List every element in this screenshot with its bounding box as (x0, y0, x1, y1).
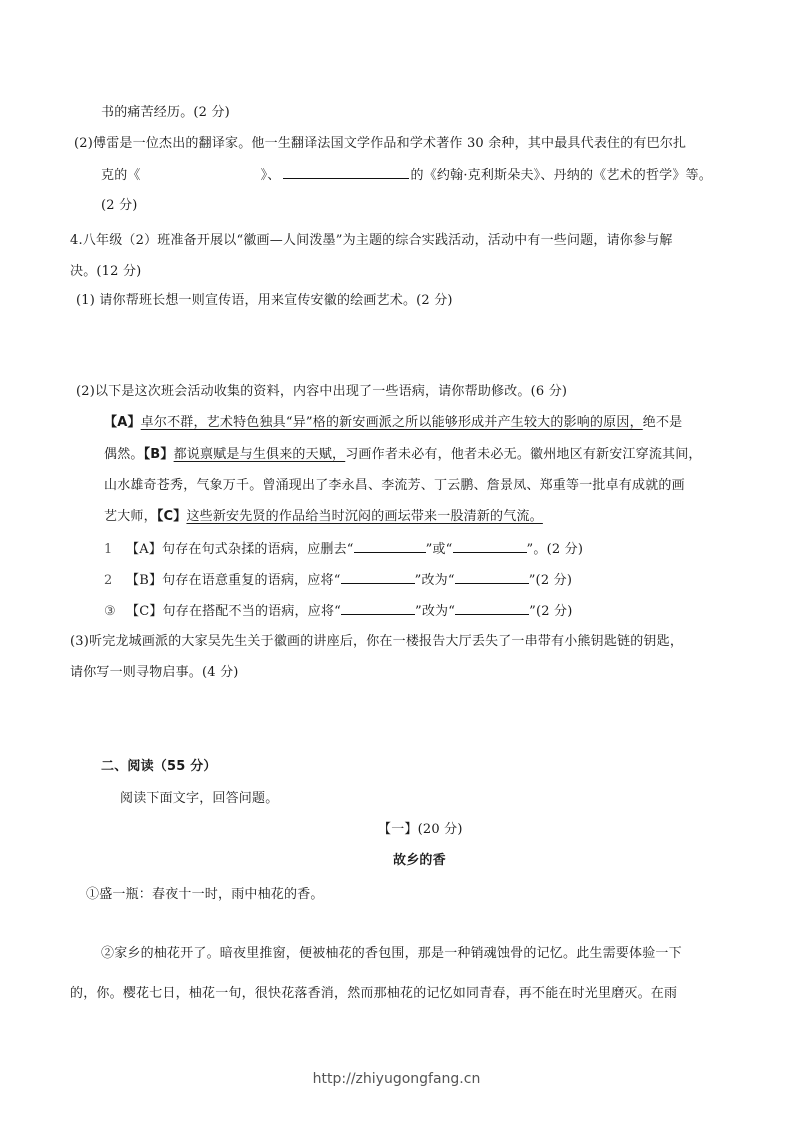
q3-2-line1: (2)傅雷是一位杰出的翻译家。他一生翻译法国文学作品和学术著作 30 余种，其中… (74, 135, 686, 153)
item-score: ”(2 分) (529, 573, 572, 588)
passage-line2: 偶然。【B】都说禀赋是与生俱来的天赋，习画作者未必有，他者未必无。徽州地区有新安… (104, 446, 702, 464)
answer-blank[interactable] (341, 571, 415, 584)
passage-text: 习画作者未必有，他者未必无。徽州地区有新安江穿流其间， (345, 447, 701, 462)
item-number: 2 (104, 572, 126, 590)
fix-item-3: ③【C】句存在搭配不当的语病，应将“”改为“”(2 分) (104, 602, 573, 621)
passage-text: 艺大师， (104, 509, 157, 524)
part-title: 【一】(20 分) (378, 821, 463, 839)
q3-2-text-a: 克的《 (101, 168, 141, 183)
q4-sub2: (2)以下是这次班会活动收集的资料，内容中出现了一些语病，请你帮助修改。(6 分… (76, 383, 567, 401)
passage-text: 偶然。 (104, 447, 144, 462)
item-text: ”改为“ (415, 604, 455, 619)
q4-stem-line1: 4.八年级（2）班准备开展以“徽画—人间泼墨”为主题的综合实践活动，活动中有一些… (70, 232, 673, 250)
paragraph-2-line2: 的，你。樱花七日，柚花一旬，很快花落香消，然而那柚花的记忆如同青春，再不能在时光… (70, 985, 677, 1003)
q4-sub3-line1: (3)听完龙城画派的大家吴先生关于徽画的讲座后，你在一楼报告大厅丢失了一串带有小… (70, 633, 683, 651)
item-number: ③ (104, 603, 126, 621)
sentence-c: 这些新安先贤的作品给当时沉闷的画坛带来一股清新的气流。 (186, 509, 542, 524)
q3-2-text-b: 》、 (261, 168, 281, 183)
fix-item-2: 2【B】句存在语意重复的语病，应将“”改为“”(2 分) (104, 571, 572, 590)
passage-line1: 【A】卓尔不群，艺术特色独具“异”格的新安画派之所以能够形成并产生较大的影响的原… (104, 414, 682, 432)
passage-line4: 艺大师，【C】这些新安先贤的作品给当时沉闷的画坛带来一股清新的气流。 (104, 508, 543, 526)
answer-blank[interactable] (455, 571, 529, 584)
answer-blank[interactable] (341, 602, 415, 615)
q4-stem-line2: 决。(12 分) (70, 263, 141, 281)
sentence-a: 卓尔不群，艺术特色独具“异”格的新安画派之所以能够形成并产生较大的影响的原因， (141, 415, 643, 430)
passage-line3: 山水雄奇苍秀，气象万千。曾涌现出了李永昌、李流芳、丁云鹏、詹景凤、郑重等一批卓有… (104, 477, 685, 495)
q4-sub3-line2: 请你写一则寻物启事。(4 分) (70, 664, 239, 682)
q4-sub1: (1) 请你帮班长想一则宣传语，用来宣传安徽的绘画艺术。(2 分) (76, 292, 453, 310)
sentence-b: 都说禀赋是与生俱来的天赋， (174, 447, 346, 462)
q3-2-line2: 克的《》、的《约翰·克利斯朵夫》、丹纳的《艺术的哲学》等。 (101, 166, 712, 185)
passage-text: 绝不是 (643, 415, 683, 430)
tag-a: 【A】 (104, 415, 141, 430)
item-text: ”改为“ (415, 573, 455, 588)
section-heading: 二、阅读（55 分） (101, 758, 217, 776)
item-text: 【C】句存在搭配不当的语病，应将“ (126, 604, 341, 619)
item-text: ”或“ (426, 542, 453, 557)
fix-item-1: 1【A】句存在句式杂揉的语病，应删去“”或“”。(2 分) (104, 540, 583, 559)
item-text: 【A】句存在句式杂揉的语病，应删去“ (126, 542, 354, 557)
paragraph-2-line1: ②家乡的柚花开了。暗夜里推窗，便被柚花的香包围，那是一种销魂蚀骨的记忆。此生需要… (101, 945, 682, 963)
tag-c: 【C】 (157, 509, 187, 524)
item-number: 1 (104, 541, 126, 559)
item-text: 【B】句存在语意重复的语病，应将“ (126, 573, 341, 588)
answer-blank[interactable] (455, 602, 529, 615)
q3-2-score: (2 分) (101, 197, 138, 215)
author-blank[interactable] (283, 166, 409, 179)
answer-blank[interactable] (453, 540, 527, 553)
reading-instruction: 阅读下面文字，回答问题。 (120, 790, 278, 808)
paragraph-1: ①盛一瓶：春夜十一时，雨中柚花的香。 (86, 886, 324, 904)
footer-url: http://zhiyugongfang.cn (0, 1071, 793, 1087)
tag-b: 【B】 (144, 447, 174, 462)
q3-2-text-c: 的《约翰·克利斯朵夫》、丹纳的《艺术的哲学》等。 (411, 168, 712, 183)
article-title: 故乡的香 (393, 852, 446, 870)
item-score: ”(2 分) (529, 604, 572, 619)
item-score: ”。(2 分) (527, 542, 584, 557)
q3-1-tail: 书的痛苦经历。(2 分) (101, 104, 230, 122)
answer-blank[interactable] (354, 540, 426, 553)
